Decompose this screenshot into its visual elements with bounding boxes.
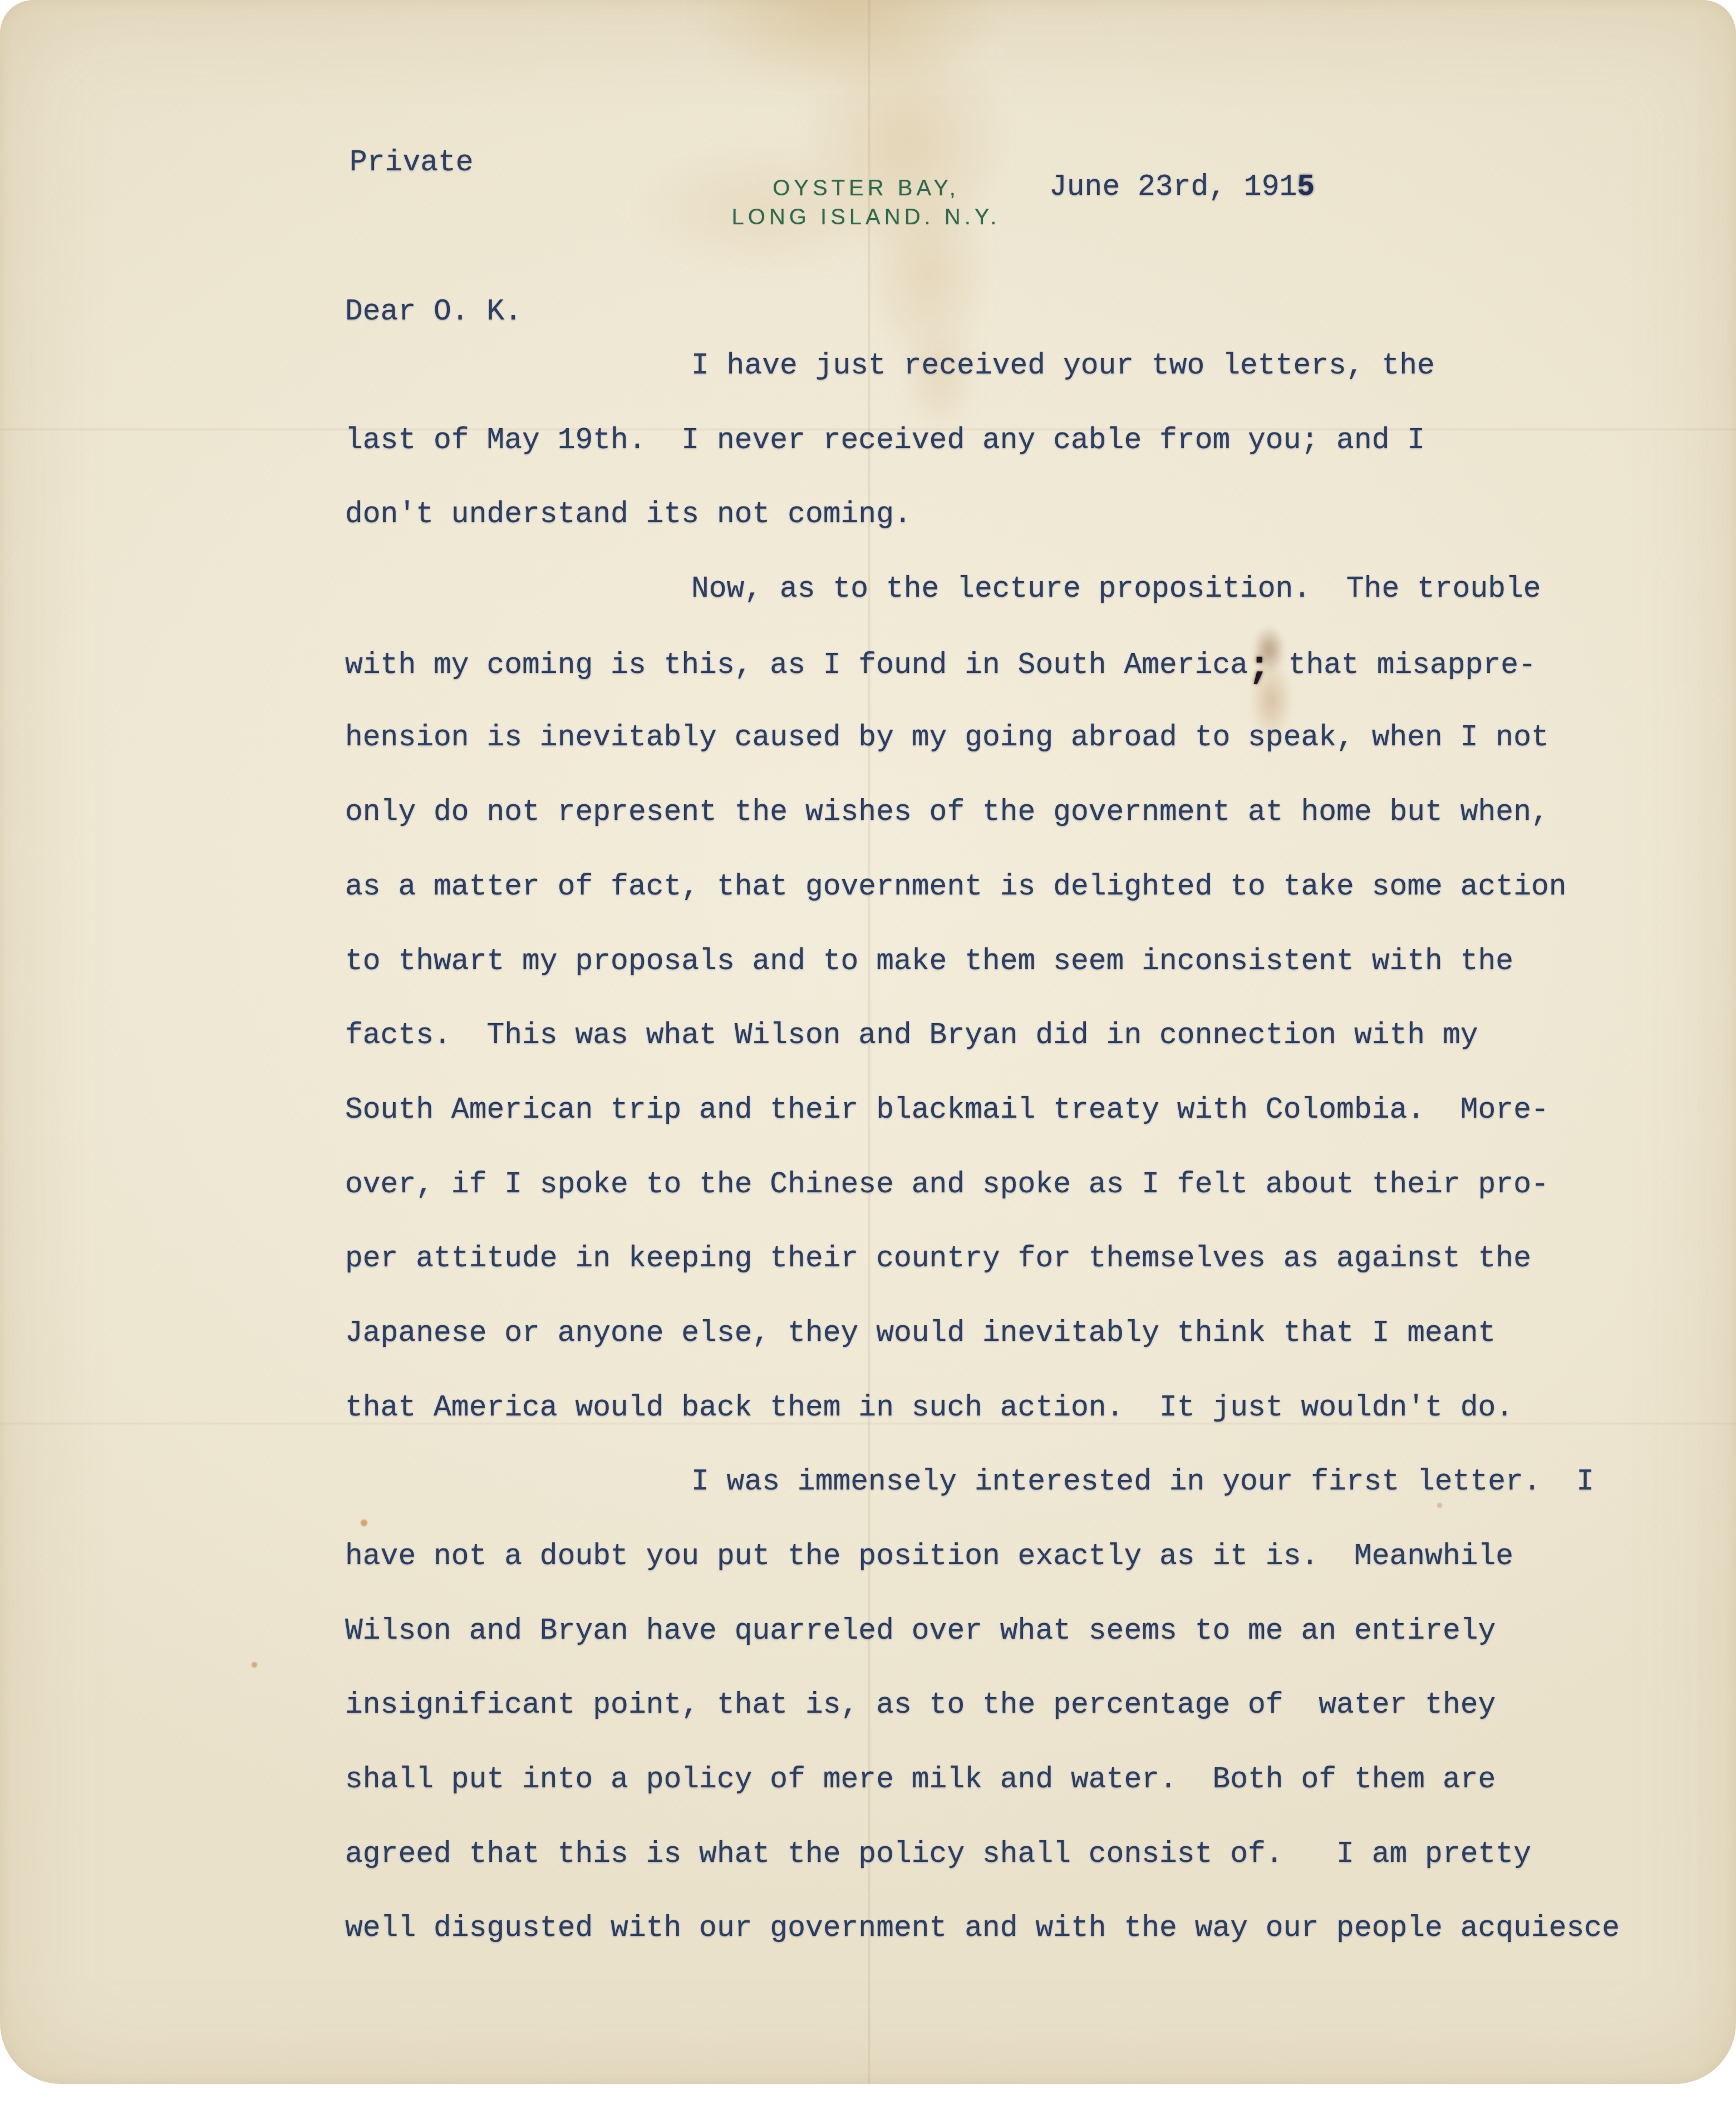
body-line: as a matter of fact, that government is … bbox=[345, 850, 1620, 925]
body-line: agreed that this is what the policy shal… bbox=[345, 1817, 1620, 1892]
date-text: June 23rd, 191 bbox=[1049, 170, 1297, 204]
body-line: don't understand its not coming. bbox=[345, 478, 1620, 552]
scanned-letter-page: { "page": { "paper_color": "#efe8d4", "i… bbox=[0, 0, 1736, 2104]
body-line: Japanese or anyone else, they would inev… bbox=[345, 1296, 1620, 1371]
body-line: I was immensely interested in your first… bbox=[345, 1445, 1620, 1520]
body-line: hension is inevitably caused by my going… bbox=[345, 701, 1620, 775]
date-line: June 23rd, 1915 bbox=[1049, 170, 1315, 204]
body-line: per attitude in keeping their country fo… bbox=[345, 1222, 1620, 1296]
body-line: well disgusted with our government and w… bbox=[345, 1891, 1620, 1966]
body-line-with-overstrike: with my coming is this, as I found in So… bbox=[345, 627, 1620, 701]
paper-speck bbox=[252, 1662, 257, 1668]
letterhead-line2: LONG ISLAND. N.Y. bbox=[688, 203, 1044, 232]
body-line: to thwart my proposals and to make them … bbox=[345, 925, 1620, 999]
body-line: I have just received your two letters, t… bbox=[345, 329, 1620, 404]
body-line: over, if I spoke to the Chinese and spok… bbox=[345, 1148, 1620, 1222]
privacy-label: Private bbox=[350, 146, 474, 179]
body-line: last of May 19th. I never received any c… bbox=[345, 404, 1620, 478]
body-line: facts. This was what Wilson and Bryan di… bbox=[345, 999, 1620, 1073]
body-line: South American trip and their blackmail … bbox=[345, 1073, 1620, 1148]
overstruck-digit: 5 bbox=[1297, 170, 1315, 204]
body-line: only do not represent the wishes of the … bbox=[345, 775, 1620, 850]
body-line-segment: that misappre- bbox=[1271, 648, 1536, 682]
overstruck-semicolon: ; bbox=[1248, 646, 1271, 689]
body-line: Now, as to the lecture proposition. The … bbox=[345, 552, 1620, 627]
body-line: insignificant point, that is, as to the … bbox=[345, 1668, 1620, 1743]
body-line: have not a doubt you put the position ex… bbox=[345, 1520, 1620, 1594]
body-line: shall put into a policy of mere milk and… bbox=[345, 1743, 1620, 1817]
salutation: Dear O. K. bbox=[345, 295, 522, 328]
body-line-segment: with my coming is this, as I found in So… bbox=[345, 648, 1248, 682]
letterhead-line1: OYSTER BAY, bbox=[688, 174, 1044, 203]
body-line: Wilson and Bryan have quarreled over wha… bbox=[345, 1594, 1620, 1669]
letterhead: OYSTER BAY, LONG ISLAND. N.Y. bbox=[688, 174, 1044, 232]
letter-body: I have just received your two letters, t… bbox=[345, 329, 1620, 1966]
body-line: that America would back them in such act… bbox=[345, 1371, 1620, 1446]
